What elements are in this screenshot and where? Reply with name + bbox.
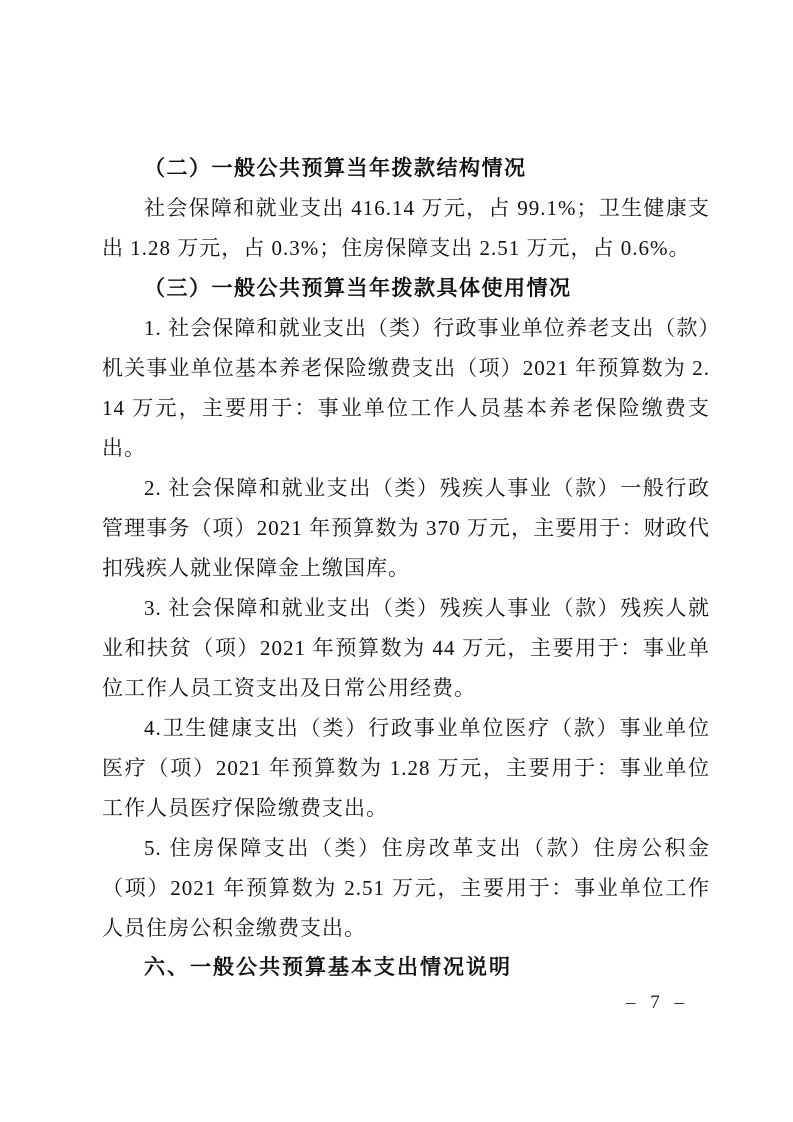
page-number: – 7 – bbox=[626, 990, 689, 1016]
paragraph-usage-item-1: 1. 社会保障和就业支出（类）行政事业单位养老支出（款） 机关事业单位基本养老保… bbox=[102, 308, 710, 468]
paragraph-allocation-structure: 社会保障和就业支出 416.14 万元，占 99.1%；卫生健康支出 1.28 … bbox=[102, 188, 710, 268]
paragraph-usage-item-5: 5. 住房保障支出（类）住房改革支出（款）住房公积金（项）2021 年预算数为 … bbox=[102, 828, 710, 948]
section-heading-allocation-structure: （二）一般公共预算当年拨款结构情况 bbox=[102, 148, 710, 188]
paragraph-usage-item-3: 3. 社会保障和就业支出（类）残疾人事业（款）残疾人就业和扶贫（项）2021 年… bbox=[102, 588, 710, 708]
paragraph-usage-item-4: 4.卫生健康支出（类）行政事业单位医疗（款）事业单位医疗（项）2021 年预算数… bbox=[102, 708, 710, 828]
section-heading-allocation-usage: （三）一般公共预算当年拨款具体使用情况 bbox=[102, 268, 710, 308]
paragraph-usage-item-2: 2. 社会保障和就业支出（类）残疾人事业（款）一般行政管理事务（项）2021 年… bbox=[102, 468, 710, 588]
document-page: （二）一般公共预算当年拨款结构情况 社会保障和就业支出 416.14 万元，占 … bbox=[0, 0, 793, 1122]
section-heading-basic-expenditure: 六、一般公共预算基本支出情况说明 bbox=[102, 948, 710, 988]
content-area: （二）一般公共预算当年拨款结构情况 社会保障和就业支出 416.14 万元，占 … bbox=[102, 148, 710, 988]
